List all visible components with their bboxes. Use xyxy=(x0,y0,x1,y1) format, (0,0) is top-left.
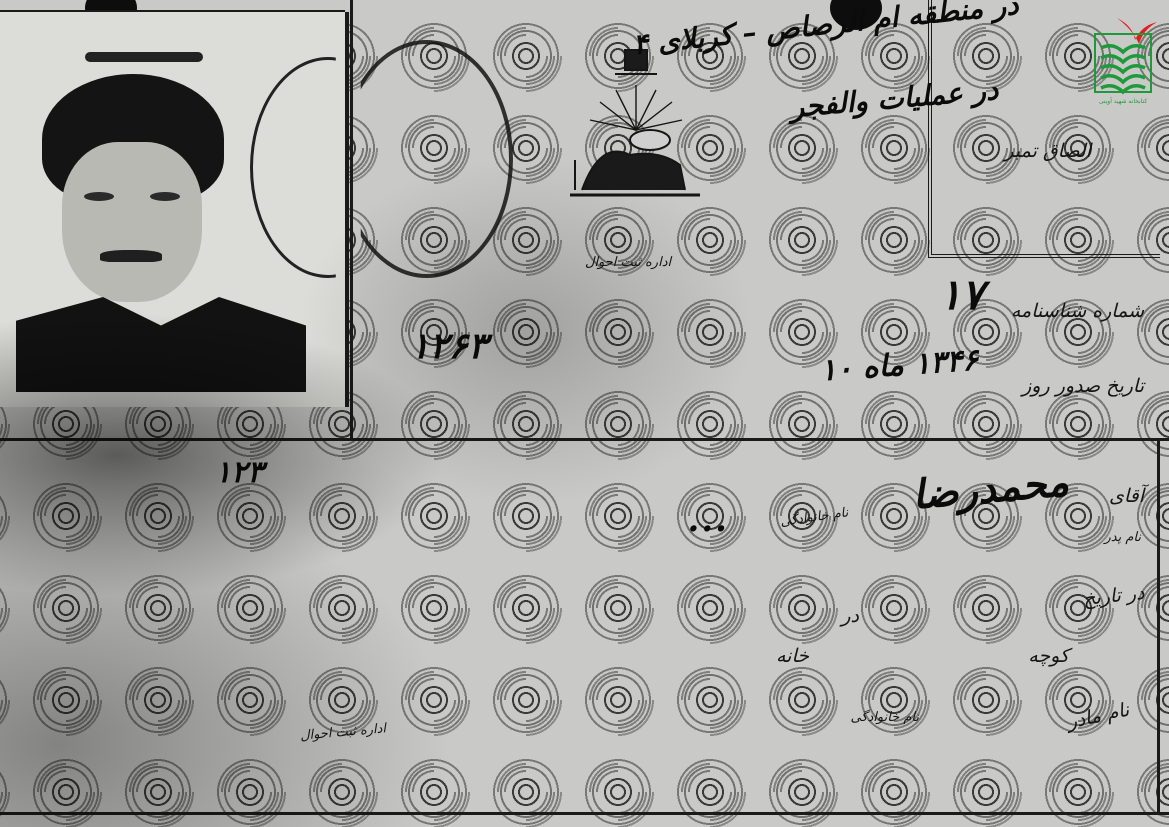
id-number-label: شماره شناسنامه xyxy=(1011,300,1144,322)
birth-place-label: در xyxy=(841,605,859,627)
house-label: خانه xyxy=(776,645,809,667)
birth-date-label: در تاریخ xyxy=(1082,582,1145,610)
lion-and-sun-emblem-icon xyxy=(560,40,710,210)
id-number-value: ۱۷ xyxy=(939,270,984,319)
mother-family-label: نام خانوادگی xyxy=(850,710,919,725)
photo-clip xyxy=(85,52,203,62)
library-watermark-logo: کتابخانه شهید آوینی xyxy=(1083,8,1163,106)
logo-caption: کتابخانه شهید آوینی xyxy=(1083,98,1163,105)
issue-date-value: ۱۳۴۶ ماه ۱۰ xyxy=(819,343,980,389)
family-name-value: ... xyxy=(687,500,729,540)
street-label: کوچه xyxy=(1028,645,1069,667)
divider-photo-border xyxy=(350,0,353,440)
divider-right-edge xyxy=(1157,440,1160,812)
first-name-label: آقای xyxy=(1109,485,1144,507)
portrait-photo xyxy=(0,12,349,407)
portrait-jacket xyxy=(16,297,306,392)
photo-attached-label: الصاق تمبر xyxy=(1004,140,1091,162)
official-seal-stamp xyxy=(340,40,513,278)
first-name-value: محمدرضا xyxy=(910,458,1070,518)
portrait-eye-left xyxy=(84,192,114,201)
mother-name-label: نام مادر xyxy=(1065,699,1131,734)
family-name-label: نام خانوادگی xyxy=(780,505,850,529)
stamped-number: ۱۲۳ xyxy=(215,455,263,490)
id-document: اداره ثبت احوال در منطقه ام الرصاص – کرب… xyxy=(0,0,1169,827)
portrait-eye-right xyxy=(150,192,180,201)
title-label: نام پدر xyxy=(1105,530,1141,545)
registry-number: ۱۲۶۳ xyxy=(410,325,487,367)
photo-seal-stamp xyxy=(250,57,349,278)
book-leaves-logo-icon xyxy=(1083,8,1163,98)
issue-date-label: تاریخ صدور روز xyxy=(1022,375,1144,397)
divider-bottom xyxy=(0,812,1169,815)
portrait-moustache xyxy=(100,250,162,262)
portrait-face xyxy=(62,142,202,302)
divider-middle xyxy=(0,438,1169,441)
seal-stamp-label: اداره ثبت احوال xyxy=(585,255,671,270)
registry-office-label: اداره ثبت احوال xyxy=(300,721,387,743)
